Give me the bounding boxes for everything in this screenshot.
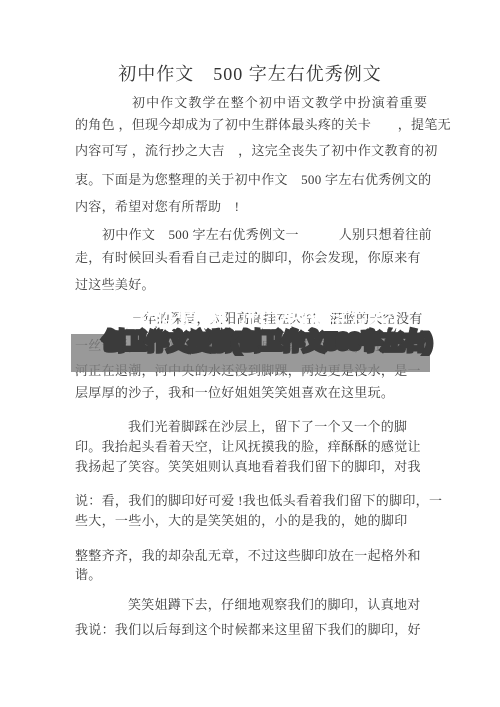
text-line: 笑笑姐蹲下去，仔细地观察我们的脚印，认真地对 xyxy=(128,597,421,612)
text-line: 衷。下面是为您整理的关于初中作文 500 字左右优秀例文的 xyxy=(75,172,431,187)
text-line: 我说：我们以后每到这个时候都来这里留下我们的脚印，好 xyxy=(75,622,421,637)
text-line: 些大，一些小，大的是笑笑姐的，小的是我的，她的脚印 xyxy=(75,513,408,528)
text-line: 我扬起了笑容。笑笑姐则认真地看着我们留下的脚印，对我 xyxy=(75,459,421,474)
text-line: 说：看，我们的脚印好可爱 !我也低头看着我们留下的脚印，一 xyxy=(75,493,442,508)
watermark-text-fill: 创卫作文疫情(创卫作文500字左右) xyxy=(69,309,397,331)
text-line: 内容可写 ，流行抄之大吉 ，这完全丧失了初中作文教育的初 xyxy=(75,143,438,158)
text-line: 谐。 xyxy=(75,567,102,582)
document-title: 初中作文 500 字左右优秀例文 xyxy=(0,60,500,86)
watermark-banner: 创卫作文疫情(创卫作文500字左右) 创卫作文疫情(创卫作文500字左右) xyxy=(71,334,430,372)
text-line: 初中作文 500 字左右优秀例文一 人别只想着往前 xyxy=(102,227,432,242)
text-line: 的角色 ，但现今却成为了初中生群体最头疼的关卡 ，提笔无 xyxy=(75,117,451,132)
document-page: 初中作文 500 字左右优秀例文 初中作文教学在整个初中语文教学中扮演着重要 的… xyxy=(0,0,500,707)
text-line: 内容，希望对您有所帮助 ! xyxy=(75,199,239,214)
text-line: 整整齐齐，我的却杂乱无章，不过这些脚印放在一起格外和 xyxy=(75,548,421,563)
text-line: 初中作文教学在整个初中语文教学中扮演着重要 xyxy=(132,95,428,110)
text-line: 走，有时候回头看看自己走过的脚印，你会发现，你原来有 xyxy=(75,250,421,265)
watermark-text: 创卫作文疫情(创卫作文500字左右) 创卫作文疫情(创卫作文500字左右) xyxy=(69,309,431,397)
text-line: 过这些美好。 xyxy=(75,277,155,292)
text-line: 印。我抬起头看着天空，让风抚摸我的脸，痒酥酥的感觉让 xyxy=(75,439,421,454)
watermark-text-outline: 创卫作文疫情(创卫作文500字左右) xyxy=(103,329,431,354)
text-line: 我们光着脚踩在沙层上，留下了一个又一个的脚 xyxy=(128,419,407,434)
